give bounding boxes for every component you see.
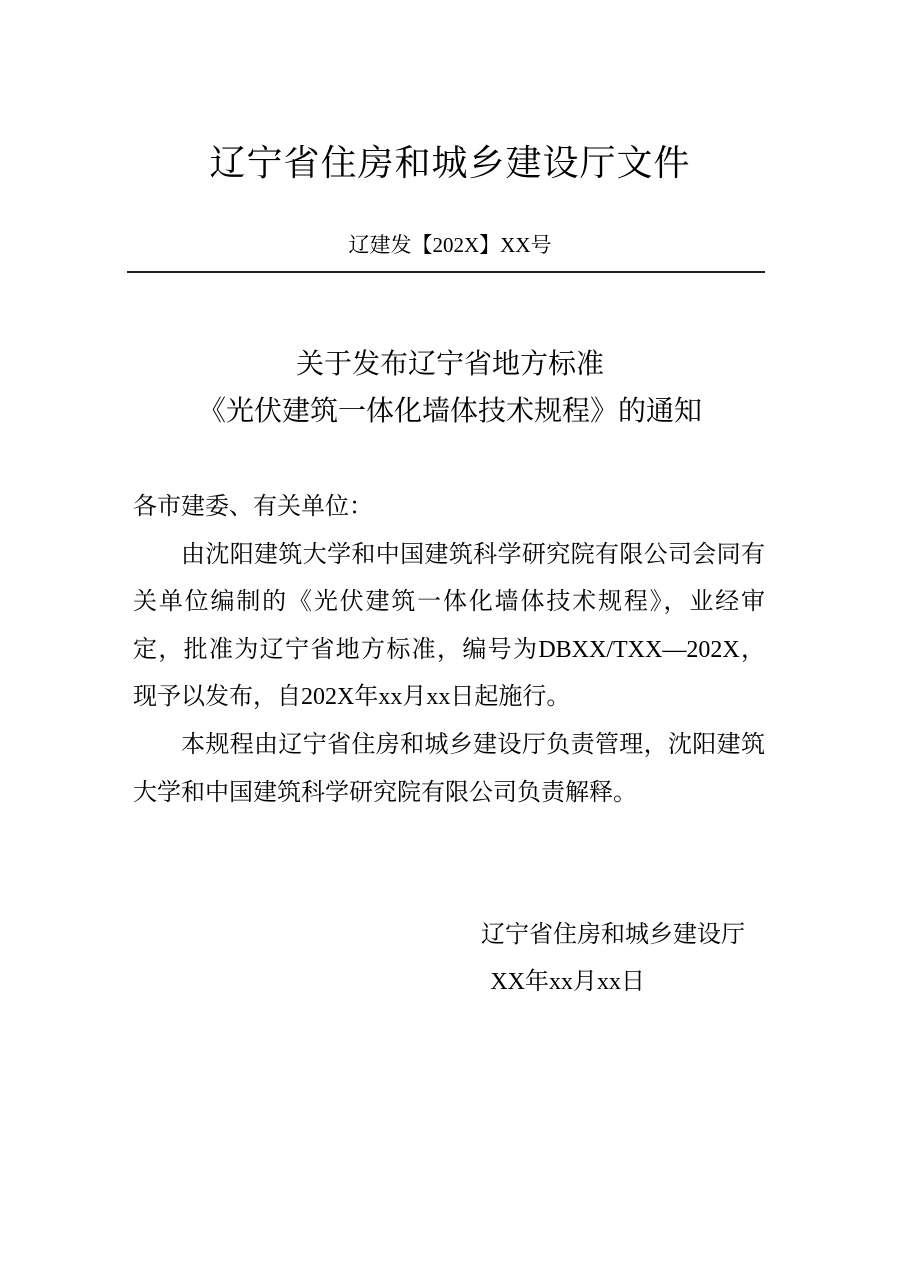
document-header-title: 辽宁省住房和城乡建设厅文件 (0, 139, 900, 187)
body-text-line: 关单位编制的《光伏建筑一体化墙体技术规程》，业经审 (133, 579, 765, 627)
body-text-line: 各市建委、有关单位： (133, 484, 765, 532)
body-text-line: 大学和中国建筑科学研究院有限公司负责解释。 (133, 770, 765, 818)
document-body: 各市建委、有关单位：由沈阳建筑大学和中国建筑科学研究院有限公司会同有关单位编制的… (133, 484, 765, 817)
body-text-line: 定，批准为辽宁省地方标准，编号为DBXX/TXX—202X， (133, 627, 765, 675)
subject-title-line-1: 关于发布辽宁省地方标准 (0, 344, 900, 386)
body-text-line: 由沈阳建筑大学和中国建筑科学研究院有限公司会同有 (133, 532, 765, 580)
subject-title-line-2: 《光伏建筑一体化墙体技术规程》的通知 (0, 391, 900, 433)
document-reference-number: 辽建发【202X】XX号 (0, 229, 900, 261)
body-text-line: 现予以发布，自202X年xx月xx日起施行。 (133, 674, 765, 722)
body-text-line: 本规程由辽宁省住房和城乡建设厅负责管理，沈阳建筑 (133, 722, 765, 770)
official-document-page: 辽宁省住房和城乡建设厅文件 辽建发【202X】XX号 关于发布辽宁省地方标准 《… (0, 0, 900, 1272)
signature-date: XX年xx月xx日 (490, 959, 645, 1006)
signature-organization: 辽宁省住房和城乡建设厅 (481, 912, 745, 959)
header-divider-rule (127, 271, 765, 273)
